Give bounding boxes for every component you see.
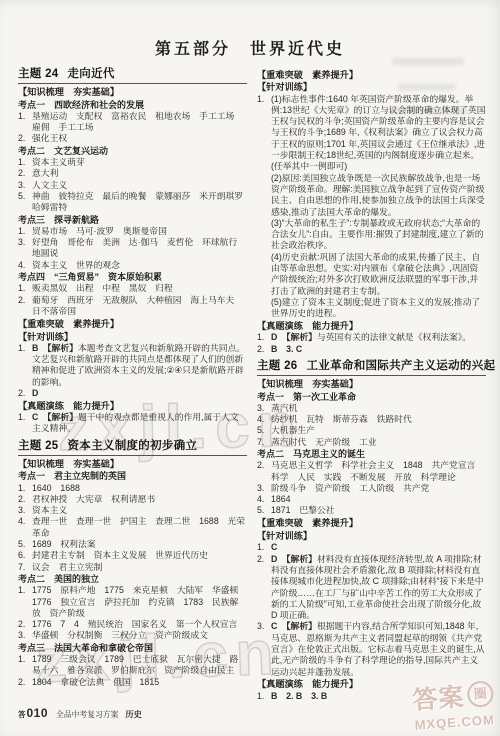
book-page: zxjl.cn zxjl.cn 第五部分 世界近代史 主题 24走向近代【知识梳… <box>0 0 500 736</box>
item-content: 贩卖黑奴 出程 中程 黑奴 归程 <box>32 283 247 294</box>
item-content: B 【解析】本题考查文艺复兴和新航路开辟的共同点。文艺复兴和新航路开辟的共同点是… <box>32 343 247 388</box>
item-content: 葡萄牙 西班牙 无敌舰队 大种植园 海上马车夫 日不落帝国 <box>32 295 247 318</box>
item-content: 议会 君主立宪制 <box>32 562 247 573</box>
answer-line: 1.C 【解析】题干中的观点都是重视人的作用,属于人文主义精神。 <box>18 412 247 435</box>
topic-heading: 主题 26工业革命和国际共产主义运动的兴起 <box>257 355 486 376</box>
answer-line: 1.C <box>257 542 486 553</box>
section-header: 【针对训练】 <box>257 82 486 93</box>
item-number: 5. <box>257 505 271 516</box>
item-number: 6. <box>18 550 32 561</box>
item-number: 1. <box>18 111 32 134</box>
exam-point-heading: 考点二 文艺复兴运动 <box>18 146 247 157</box>
answer-sub-line: (3)“大革命的私生子”:专制暴政或无政府状态;“大革命的合法女儿”:自由。主要… <box>257 218 486 252</box>
item-content: 阶级斗争 资产阶级 工人阶级 共产党 <box>271 483 486 494</box>
item-number: 3. <box>18 630 32 641</box>
item-number: 1. <box>18 226 32 237</box>
answer-line: 5.大机器生产 <box>257 425 486 436</box>
item-number: 1. <box>257 542 271 553</box>
section-header: 【重难突破 素养提升】 <box>257 518 486 529</box>
item-number: 3. <box>257 621 271 677</box>
item-content: B 3. C <box>271 344 486 355</box>
topic-title: 资本主义制度的初步确立 <box>68 440 198 452</box>
item-number: 1. <box>18 654 32 677</box>
answer-line: 1.1640 1688 <box>18 483 247 494</box>
section-header: 【知识梳理 夯实基础】 <box>18 87 247 98</box>
topic-number: 主题 26 <box>257 360 298 372</box>
footer-page-number: 010 <box>27 706 49 720</box>
answer-line: 2.1804 拿破仑法典 俄国 1815 <box>18 677 247 688</box>
answer-line: 1.资本主义萌芽 <box>18 157 247 168</box>
item-number: 7. <box>257 437 271 448</box>
answer-line: 4.查理一世 查理一世 护国主 查理二世 1688 光荣革命 <box>18 516 247 539</box>
item-number: 1. <box>18 585 32 619</box>
answer-line: 4.资本主义 世界的观念 <box>18 260 247 271</box>
answer-line: 1.贸易市场 马可·波罗 奥斯曼帝国 <box>18 226 247 237</box>
item-number: 3. <box>257 403 271 414</box>
item-number: 2. <box>18 619 32 630</box>
answer-line: 7.蒸汽时代 无产阶级 工业 <box>257 437 486 448</box>
item-content: 1640 1688 <box>32 483 247 494</box>
logo-text: 答案 <box>411 677 465 717</box>
item-number: 4. <box>257 414 271 425</box>
item-content: 人文主义 <box>32 180 247 191</box>
right-column: 【重难突破 素养提升】【针对训练】1.(1)标志性事件:1640 年英国资产阶级… <box>257 68 486 702</box>
footer-answer-label: 答 <box>18 709 26 720</box>
section-header: 【重难突破 素养提升】 <box>18 319 247 330</box>
item-content: 贸易市场 马可·波罗 奥斯曼帝国 <box>32 226 247 237</box>
answer-line: 2.B 3. C <box>257 344 486 355</box>
exam-point-heading: 考点二 美国的独立 <box>18 574 247 585</box>
item-content: 好望角 哥伦布 美洲 达·伽马 麦哲伦 环球航行 地圆说 <box>32 237 247 260</box>
item-content: 垦殖运动 支配权 富裕农民 租地农场 手工工场 雇佣 手工工场 <box>32 111 247 134</box>
page-footer: 答 010 全品中考复习方案 历史 <box>18 706 142 720</box>
item-number: 2. <box>18 168 32 179</box>
section-header: 【重难突破 素养提升】 <box>257 70 486 81</box>
item-content: 强化王权 <box>32 133 247 144</box>
item-number: 2. <box>257 460 271 483</box>
answer-line: 4.纺纱机 瓦特 斯蒂芬森 铁路时代 <box>257 414 486 425</box>
item-content: 资本主义 世界的观念 <box>32 260 247 271</box>
answer-line: 3.好望角 哥伦布 美洲 达·伽马 麦哲伦 环球航行 地圆说 <box>18 237 247 260</box>
item-content: C <box>271 542 486 553</box>
item-number: 1. <box>257 691 271 702</box>
item-number: 4. <box>18 260 32 271</box>
item-number: 2. <box>18 133 32 144</box>
item-number: 2. <box>18 494 32 505</box>
exam-point-heading: 考点四 “三角贸易” 资本原始积累 <box>18 272 247 283</box>
item-content: 纺纱机 瓦特 斯蒂芬森 铁路时代 <box>271 414 486 425</box>
answer-line: 3.蒸汽机 <box>257 403 486 414</box>
answer-site-logo: 答案 圈 MXQE.COM <box>411 675 495 733</box>
exam-point-heading: 考点一 第一次工业革命 <box>257 392 486 403</box>
answer-line: 2.意大利 <box>18 168 247 179</box>
answer-line: 1.D 【解析】与英国有关的法律文献是《权利法案》。 <box>257 332 486 343</box>
item-content: C 【解析】根据题干内容,结合所学知识可知,1848 年,马克思、恩格斯为共产主… <box>271 621 486 677</box>
item-content: D 【解析】材料没有直接体现经济转型,故 A 项排除;材料没有直接体现社会矛盾激… <box>271 554 486 622</box>
logo-row: 答案 圈 <box>411 675 494 717</box>
item-number: 1. <box>18 283 32 294</box>
section-header: 【针对训练】 <box>257 531 486 542</box>
answer-line: 6.封建君主专制 资本主义发展 世界近代历史 <box>18 550 247 561</box>
section-header: 【真题演练 能力提升】 <box>257 321 486 332</box>
item-content: 1689 权利法案 <box>32 539 247 550</box>
exam-point-heading: 考点三 探寻新航路 <box>18 215 247 226</box>
answer-line: 1.B 【解析】本题考查文艺复兴和新航路开辟的共同点。文艺复兴和新航路开辟的共同… <box>18 343 247 388</box>
item-number: 1. <box>18 412 32 435</box>
answer-line: 3.人文主义 <box>18 180 247 191</box>
item-content: 蒸汽时代 无产阶级 工业 <box>271 437 486 448</box>
answer-line: 2.D <box>18 388 247 399</box>
answer-sub-line: (5)建立了资本主义制度;促进了资本主义的发展;推动了世界历史的进程。 <box>257 297 486 320</box>
item-content: 1776 7 4 殖民统治 国家名义 第一个人权宣言 <box>32 619 247 630</box>
topic-number: 主题 25 <box>18 440 59 452</box>
footer-book-title: 全品中考复习方案 <box>56 709 118 720</box>
answer-line: 1.1789 三级会议 1789 巴士底狱 瓦尔密大捷 路易十六 雅各宾派 罗伯… <box>18 654 247 677</box>
item-content: 1804 拿破仑法典 俄国 1815 <box>32 677 247 688</box>
answer-line: 2.葡萄牙 西班牙 无敌舰队 大种植园 海上马车夫 日不落帝国 <box>18 295 247 318</box>
answer-line: 2.强化王权 <box>18 133 247 144</box>
item-content: 查理一世 查理一世 护国主 查理二世 1688 光荣革命 <box>32 516 247 539</box>
page-bleed-through <box>392 58 464 65</box>
item-content: 蒸汽机 <box>271 403 486 414</box>
answer-line: 1.垦殖运动 支配权 富裕农民 租地农场 手工工场 雇佣 手工工场 <box>18 111 247 134</box>
item-number: 3. <box>18 237 32 260</box>
item-content: 君权神授 大宪章 权利请愿书 <box>32 494 247 505</box>
topic-title: 工业革命和国际共产主义运动的兴起 <box>307 360 496 372</box>
answer-line: 3.阶级斗争 资产阶级 工人阶级 共产党 <box>257 483 486 494</box>
item-number: 7. <box>18 562 32 573</box>
answer-line: 4.1864 <box>257 494 486 505</box>
item-content: 大机器生产 <box>271 425 486 436</box>
item-number: 1. <box>18 343 32 388</box>
item-number: 3. <box>18 505 32 516</box>
answer-line: 5.1689 权利法案 <box>18 539 247 550</box>
item-content: 1789 三级会议 1789 巴士底狱 瓦尔密大捷 路易十六 雅各宾派 罗伯斯庇… <box>32 654 247 677</box>
item-number: 5. <box>257 425 271 436</box>
item-content: 1864 <box>271 494 486 505</box>
item-number: 4. <box>18 516 32 539</box>
item-content: 神曲 彼特拉克 最后的晚餐 蒙娜丽莎 米开朗琪罗 哈姆雷特 <box>32 191 247 214</box>
section-header: 【知识梳理 夯实基础】 <box>257 379 486 390</box>
left-column: 主题 24走向近代【知识梳理 夯实基础】考点一 西欧经济和社会的发展1.垦殖运动… <box>18 68 247 688</box>
topic-number: 主题 24 <box>18 68 59 80</box>
item-number: 1. <box>257 332 271 343</box>
exam-point-heading: 考点三 法国大革命和拿破仑帝国 <box>18 643 247 654</box>
item-content: 华盛顿 分权制衡 三权分立 资产阶级成文 <box>32 630 247 641</box>
footer-subject: 历史 <box>125 709 141 720</box>
answer-line: 5.1871 巴黎公社 <box>257 505 486 516</box>
item-content: 资本主义 <box>32 505 247 516</box>
item-number: 2. <box>257 344 271 355</box>
answer-line: 2.君权神授 大宪章 权利请愿书 <box>18 494 247 505</box>
topic-heading: 主题 25资本主义制度的初步确立 <box>18 435 247 456</box>
item-number: 3. <box>257 483 271 494</box>
answer-line: 1.贩卖黑奴 出程 中程 黑奴 归程 <box>18 283 247 294</box>
item-number: 5. <box>18 539 32 550</box>
answer-line: 2.D 【解析】材料没有直接体现经济转型,故 A 项排除;材料没有直接体现社会矛… <box>257 554 486 622</box>
item-content: 封建君主专制 资本主义发展 世界近代历史 <box>32 550 247 561</box>
exam-point-heading: 考点一 君主立宪制的英国 <box>18 471 247 482</box>
item-content: 意大利 <box>32 168 247 179</box>
item-number: 4. <box>257 494 271 505</box>
page-title: 第五部分 世界近代史 <box>0 36 500 59</box>
item-number: 2. <box>18 388 32 399</box>
answer-line: 3.华盛顿 分权制衡 三权分立 资产阶级成文 <box>18 630 247 641</box>
item-number: 5. <box>18 191 32 214</box>
item-content: C 【解析】题干中的观点都是重视人的作用,属于人文主义精神。 <box>32 412 247 435</box>
item-number: 3. <box>18 180 32 191</box>
section-header: 【知识梳理 夯实基础】 <box>18 459 247 470</box>
answer-line: 3.资本主义 <box>18 505 247 516</box>
item-number: 2. <box>18 295 32 318</box>
answer-line: 1.(1)标志性事件:1640 年英国资产阶级革命的爆发。举例:13世纪《大宪章… <box>257 94 486 173</box>
answer-line: 5.神曲 彼特拉克 最后的晚餐 蒙娜丽莎 米开朗琪罗 哈姆雷特 <box>18 191 247 214</box>
item-number: 2. <box>257 554 271 622</box>
item-number: 1. <box>18 157 32 168</box>
answer-sub-line: (2)原因:美国独立战争既是一次民族解放战争,也是一场资产阶级革命。理解:美国独… <box>257 173 486 218</box>
item-content: 资本主义萌芽 <box>32 157 247 168</box>
item-content: 马克思主义哲学 科学社会主义 1848 共产党宣言 科学 人民 实践 不断发展 … <box>271 460 486 483</box>
item-content: 1775 原料产地 1775 来克星顿 大陆军 华盛顿 1776 独立宣言 萨拉… <box>32 585 247 619</box>
section-header: 【针对训练】 <box>18 332 247 343</box>
item-content: D 【解析】与英国有关的法律文献是《权利法案》。 <box>271 332 486 343</box>
topic-title: 走向近代 <box>68 68 115 80</box>
item-content: 1871 巴黎公社 <box>271 505 486 516</box>
topic-heading: 主题 24走向近代 <box>18 68 247 84</box>
item-content: D <box>32 388 247 399</box>
item-number: 1. <box>18 483 32 494</box>
answer-line: 3.C 【解析】根据题干内容,结合所学知识可知,1848 年,马克思、恩格斯为共… <box>257 621 486 677</box>
answer-line: 2.1776 7 4 殖民统治 国家名义 第一个人权宣言 <box>18 619 247 630</box>
answer-line: 7.议会 君主立宪制 <box>18 562 247 573</box>
item-content: (1)标志性事件:1640 年英国资产阶级革命的爆发。举例:13世纪《大宪章》的… <box>271 94 486 173</box>
exam-point-heading: 考点一 西欧经济和社会的发展 <box>18 100 247 111</box>
exam-point-heading: 考点二 马克思主义的诞生 <box>257 449 486 460</box>
item-number: 2. <box>18 677 32 688</box>
item-number: 1. <box>257 94 271 173</box>
answer-sub-line: (4)历史贡献:巩固了法国大革命的成果,传播了民主、自由等革命思想。史实:对内颁… <box>257 252 486 297</box>
section-header: 【真题演练 能力提升】 <box>18 401 247 412</box>
logo-circle-icon: 圈 <box>466 680 494 708</box>
answer-line: 2.马克思主义哲学 科学社会主义 1848 共产党宣言 科学 人民 实践 不断发… <box>257 460 486 483</box>
answer-line: 1.1775 原料产地 1775 来克星顿 大陆军 华盛顿 1776 独立宣言 … <box>18 585 247 619</box>
